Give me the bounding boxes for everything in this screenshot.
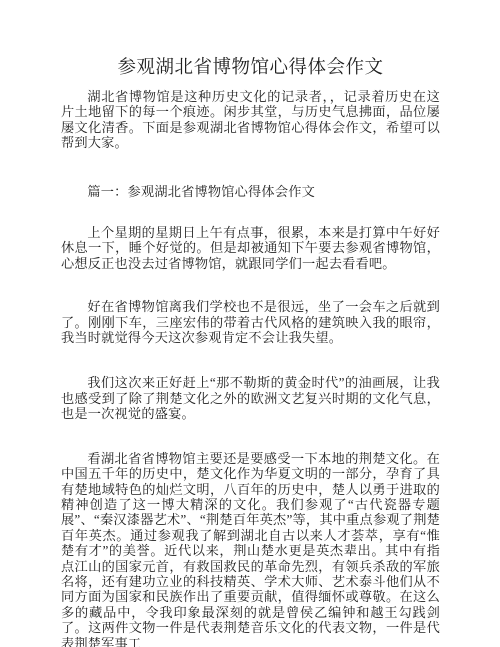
body-paragraph-4: 看湖北省省博物馆主要还是要感受一下本地的荆楚文化。在中国五千年的历史中，楚文化作… [61, 451, 440, 647]
page-title: 参观湖北省博物馆心得体会作文 [61, 57, 440, 80]
body-paragraph-1: 上个星期的星期日上午有点事，很累，本来是打算中午好好休息一下，睡个好觉的。但是却… [61, 225, 440, 271]
section-heading: 篇一：参观湖北省博物馆心得体会作文 [61, 184, 440, 199]
document-page: 参观湖北省博物馆心得体会作文 湖北省博物馆是这种历史文化的记录者，，记录着历史在… [0, 0, 500, 647]
body-paragraph-3: 我们这次来正好赶上“那不勒斯的黄金时代”的油画展，让我也感受到了除了荆楚文化之外… [61, 375, 440, 421]
body-paragraph-2: 好在省博物馆离我们学校也不是很远，坐了一会车之后就到了。刚刚下车，三座宏伟的带着… [61, 299, 440, 345]
intro-paragraph: 湖北省博物馆是这种历史文化的记录者，，记录着历史在这片土地留下的每一个痕迹。闲步… [61, 89, 440, 151]
